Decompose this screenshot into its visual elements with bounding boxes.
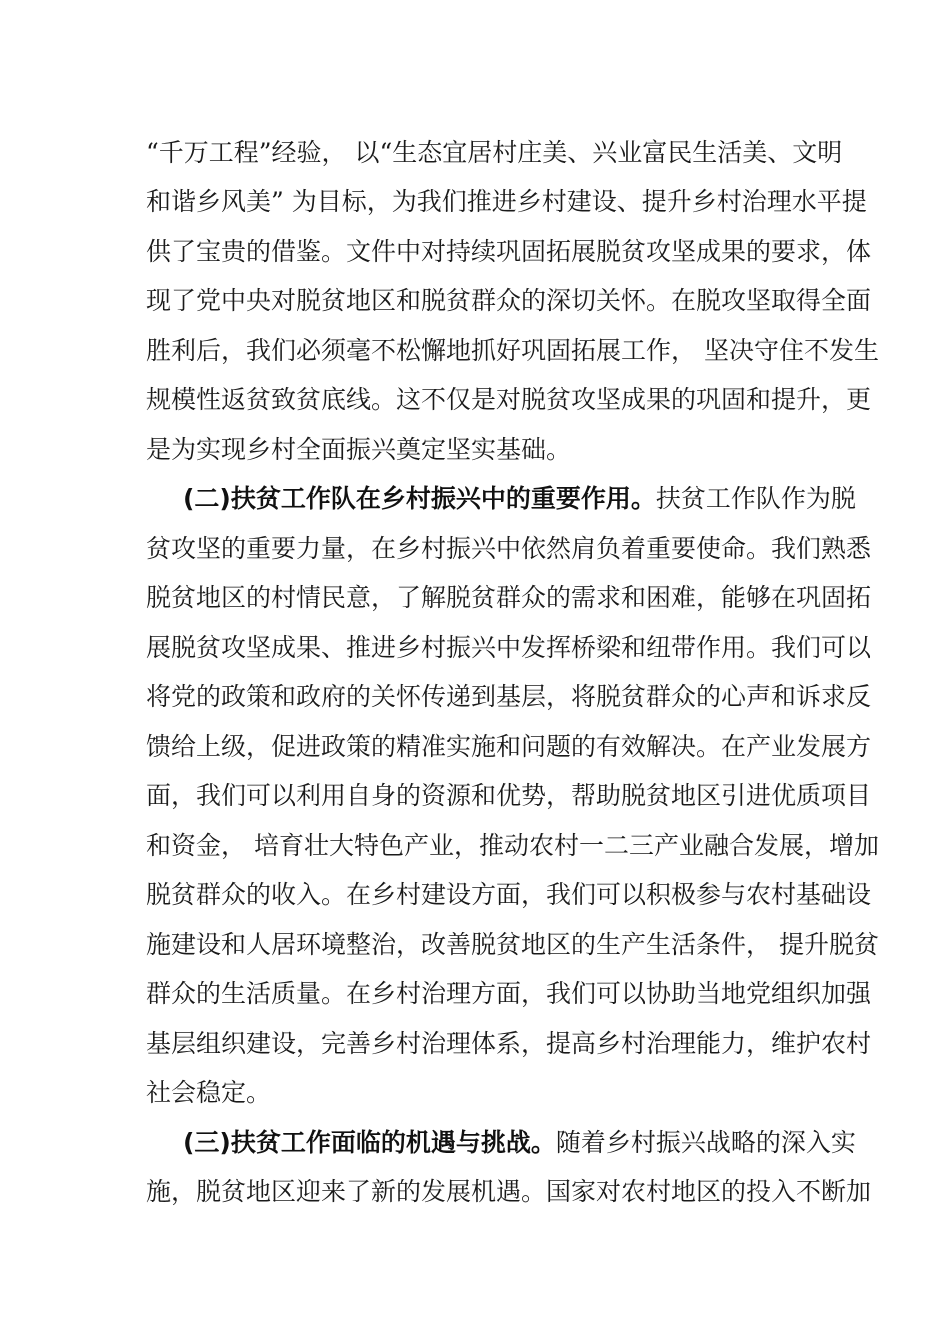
text-line: 脱贫群众的收入。在乡村建设方面，我们可以积极参与农村基础设	[146, 880, 806, 910]
section-heading-line: (三)扶贫工作面临的机遇与挑战。随着乡村振兴战略的深入实	[183, 1128, 806, 1158]
text-line: 和资金， 培育壮大特色产业，推动农村一二三产业融合发展，增加	[146, 831, 806, 861]
text-line: 施建设和人居环境整治，改善脱贫地区的生产生活条件， 提升脱贫	[146, 930, 806, 960]
document-page: “千万工程”经验， 以“生态宜居村庄美、兴业富民生活美、文明 和谐乡风美” 为目…	[0, 0, 950, 1344]
text-line: 贫攻坚的重要力量，在乡村振兴中依然肩负着重要使命。我们熟悉	[146, 534, 806, 564]
text-line: 馈给上级，促进政策的精准实施和问题的有效解决。在产业发展方	[146, 732, 806, 762]
text-line: 展脱贫攻坚成果、推进乡村振兴中发挥桥梁和纽带作用。我们可以	[146, 633, 806, 663]
text-line: 基层组织建设，完善乡村治理体系，提高乡村治理能力，维护农村	[146, 1029, 806, 1059]
text-line: 脱贫地区的村情民意，了解脱贫群众的需求和困难，能够在巩固拓	[146, 583, 806, 613]
text-line: 规模性返贫致贫底线。这不仅是对脱贫攻坚成果的巩固和提升，更	[146, 385, 806, 415]
text-line: 供了宝贵的借鉴。文件中对持续巩固拓展脱贫攻坚成果的要求，体	[146, 237, 806, 267]
text-line: 面，我们可以利用自身的资源和优势，帮助脱贫地区引进优质项目	[146, 781, 806, 811]
text-line: “千万工程”经验， 以“生态宜居村庄美、兴业富民生活美、文明	[146, 138, 806, 168]
text-line: 和谐乡风美” 为目标，为我们推进乡村建设、提升乡村治理水平提	[146, 187, 806, 217]
section-heading: (三)扶贫工作面临的机遇与挑战。	[183, 1128, 556, 1157]
text-line: 胜利后，我们必须毫不松懈地抓好巩固拓展工作， 坚决守住不发生	[146, 336, 806, 366]
text-line: 施，脱贫地区迎来了新的发展机遇。国家对农村地区的投入不断加	[146, 1177, 806, 1207]
text-run: 随着乡村振兴战略的深入实	[556, 1128, 856, 1157]
text-line: 社会稳定。	[146, 1078, 806, 1108]
text-line: 群众的生活质量。在乡村治理方面，我们可以协助当地党组织加强	[146, 979, 806, 1009]
text-run: 扶贫工作队作为脱	[656, 484, 856, 513]
text-line: 将党的政策和政府的关怀传递到基层，将脱贫群众的心声和诉求反	[146, 682, 806, 712]
section-heading: (二)扶贫工作队在乡村振兴中的重要作用。	[183, 484, 656, 513]
section-heading-line: (二)扶贫工作队在乡村振兴中的重要作用。扶贫工作队作为脱	[183, 484, 806, 514]
text-line: 现了党中央对脱贫地区和脱贫群众的深切关怀。在脱攻坚取得全面	[146, 286, 806, 316]
text-line: 是为实现乡村全面振兴奠定坚实基础。	[146, 435, 806, 465]
